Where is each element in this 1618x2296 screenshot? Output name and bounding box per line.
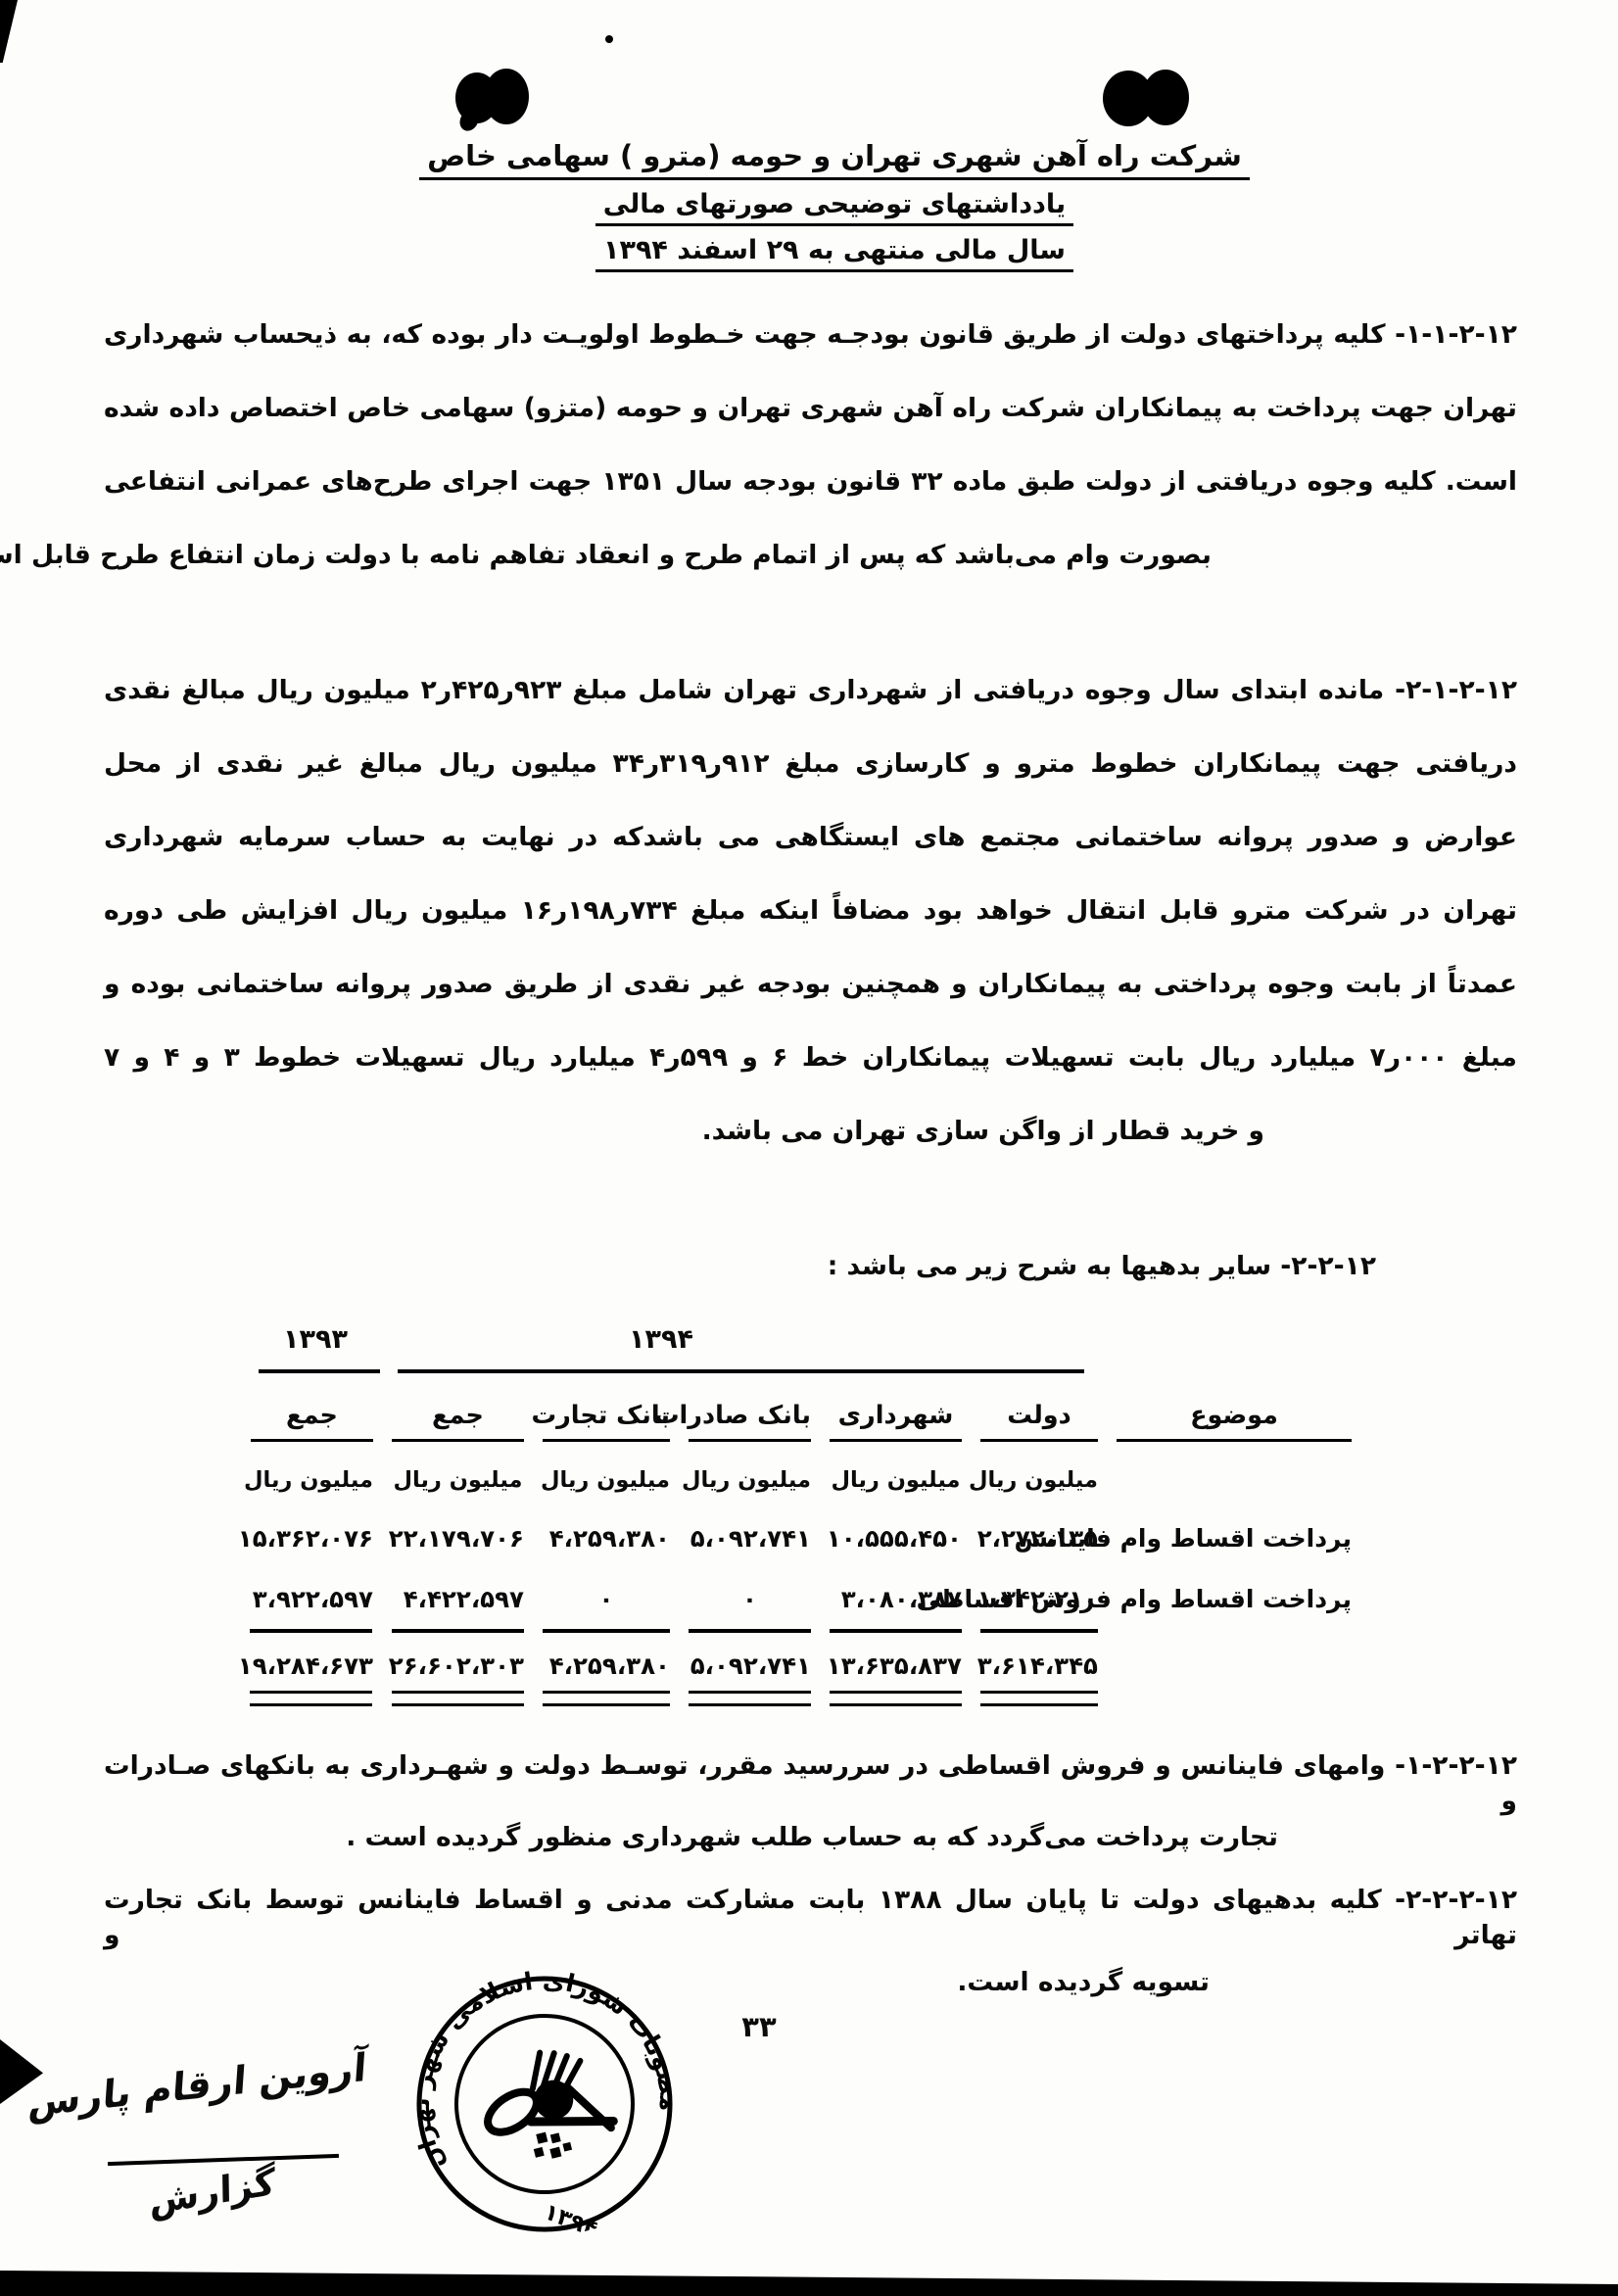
- cell-value: ۱۵،۳۶۲،۰۷۶: [251, 1524, 373, 1553]
- table-double-rule: [250, 1691, 372, 1706]
- total-value: ۴،۲۵۹،۳۸۰: [543, 1651, 670, 1680]
- signature-underline: [108, 2154, 339, 2166]
- document-header: شرکت راه آهن شهری تهران و حومه (مترو ) س…: [25, 139, 1618, 272]
- table-rule: [250, 1629, 372, 1633]
- note-paragraph-line: بصورت وام می‌باشد که پس از اتمام طرح و ا…: [0, 538, 1212, 573]
- scanned-financial-note-page: شرکت راه آهن شهری تهران و حومه (مترو ) س…: [0, 0, 1618, 2296]
- fiscal-period: سال مالی منتهی به ۲۹ اسفند ۱۳۹۴: [595, 235, 1073, 272]
- stamp-year: ۱۳۹۴: [541, 2199, 601, 2242]
- table-header-row: موضوع دولت شهرداری بانک صادرات بانک تجار…: [250, 1401, 1352, 1442]
- unit-label: میلیون ریال: [980, 1467, 1098, 1493]
- cell-value: ۱۰،۵۵۵،۴۵۰: [830, 1524, 962, 1553]
- note-paragraph-line: -۱-۱-۲-۱۲ کلیه پرداختهای دولت از طریق قا…: [104, 317, 1517, 353]
- unit-label: میلیون ریال: [392, 1467, 524, 1493]
- ink-blob: [1142, 70, 1189, 125]
- scan-dot-artifact: [605, 35, 613, 43]
- table-year-prior: ۱۳۹۳: [271, 1324, 359, 1355]
- table-rule: [392, 1629, 524, 1633]
- cell-value: ۴،۴۲۲،۵۹۷: [392, 1585, 524, 1613]
- note-paragraph-line: -۲-۲-۲-۱۲ کلیه بدهیهای دولت تا پایان سال…: [104, 1883, 1517, 1953]
- heading-text: سایر بدهیها به شرح زیر می باشد :: [828, 1251, 1271, 1281]
- table-rule: [398, 1369, 1084, 1373]
- row-label: پرداخت اقساط وام فاینانس: [1117, 1524, 1352, 1553]
- column-header-subject: موضوع: [1117, 1401, 1352, 1442]
- note-paragraph-line: است. کلیه وجوه دریافتی از دولت طبق ماده …: [104, 464, 1517, 500]
- unit-label: میلیون ریال: [830, 1467, 962, 1493]
- cell-value: ۰: [689, 1585, 811, 1613]
- paragraph-text: کلیه پرداختهای دولت از طریق قانون بودجـه…: [104, 319, 1385, 350]
- note-paragraph-line: -۱-۲-۲-۱۲ وامهای فاینانس و فروش اقساطی د…: [104, 1748, 1517, 1819]
- table-totals-row: ۳،۶۱۴،۳۴۵ ۱۳،۶۳۵،۸۳۷ ۵،۰۹۲،۷۴۱ ۴،۲۵۹،۳۸۰…: [250, 1651, 1352, 1680]
- note-paragraph-line: عمدتاً از بابت وجوه پرداختی به پیمانکارا…: [104, 967, 1517, 1002]
- unit-label: میلیون ریال: [543, 1467, 670, 1493]
- signature-caption: گزارش: [149, 2161, 275, 2224]
- total-value: ۵،۰۹۲،۷۴۱: [689, 1651, 811, 1680]
- column-header-bank-saderat: بانک صادرات: [689, 1401, 811, 1442]
- table-row: پرداخت اقساط وام فاینانس ۲،۲۷۲،۱۳۵ ۱۰،۵۵…: [250, 1524, 1352, 1553]
- note-paragraph-line: عوارض و صدور پروانه ساختمانی مجتمع های ا…: [104, 820, 1517, 855]
- table-rule: [543, 1629, 670, 1633]
- scan-bottom-bar: [0, 2265, 1618, 2296]
- company-name: شرکت راه آهن شهری تهران و حومه (مترو ) س…: [419, 139, 1250, 180]
- table-double-rule: [543, 1691, 670, 1706]
- cell-value: ۴،۲۵۹،۳۸۰: [543, 1524, 670, 1553]
- stamp-emblem-icon: [470, 2039, 619, 2173]
- section-number: -۱-۲-۲-۱۲: [1395, 1748, 1517, 1784]
- note-paragraph-line: تسویه گردیده است.: [957, 1965, 1210, 2000]
- total-value: ۱۳،۶۳۵،۸۳۷: [830, 1651, 962, 1680]
- section-number: -۲-۱-۲-۱۲: [1395, 673, 1517, 708]
- paragraph-text: مانده ابتدای سال وجوه دریافتی از شهرداری…: [104, 675, 1384, 705]
- table-rule: [980, 1629, 1098, 1633]
- cell-value: ۲،۲۷۲،۱۳۵: [980, 1524, 1098, 1553]
- note-paragraph-line: تجارت پرداخت می‌گردد که به حساب طلب شهرد…: [346, 1820, 1278, 1855]
- column-header-total-prior: جمع: [251, 1401, 373, 1442]
- table-rule: [689, 1629, 811, 1633]
- column-header-bank-tejarat: بانک تجارت: [543, 1401, 670, 1442]
- cell-value: ۲۲،۱۷۹،۷۰۶: [392, 1524, 524, 1553]
- total-value: ۲۶،۶۰۲،۳۰۳: [392, 1651, 524, 1680]
- auditor-signature: آروین ارقام پارس: [82, 2046, 368, 2121]
- note-heading: -۲-۲-۱۲ سایر بدهیها به شرح زیر می باشد :: [828, 1249, 1376, 1284]
- section-number: -۲-۲-۲-۱۲: [1395, 1883, 1517, 1918]
- section-number: -۲-۲-۱۲: [1280, 1249, 1376, 1284]
- table-unit-row: میلیون ریال میلیون ریال میلیون ریال میلی…: [250, 1467, 1352, 1493]
- unit-label: میلیون ریال: [689, 1467, 811, 1493]
- note-paragraph-line: دریافتی جهت پیمانکاران خطوط مترو و کارسا…: [104, 746, 1517, 782]
- scan-corner-mark: [0, 0, 18, 63]
- cell-value: ۵،۰۹۲،۷۴۱: [689, 1524, 811, 1553]
- column-header-total-current: جمع: [392, 1401, 524, 1442]
- table-row: پرداخت اقساط وام فروش اقساطی ۱،۳۴۲،۲۱۰ ۳…: [250, 1585, 1352, 1613]
- ink-blob: [484, 69, 529, 124]
- note-paragraph-line: مبلغ ۰۰۰ر۷ میلیارد ریال بابت تسهیلات پیم…: [104, 1040, 1517, 1076]
- document-title: یادداشتهای توضیحی صورتهای مالی: [595, 189, 1073, 226]
- table-rule: [259, 1369, 380, 1373]
- table-rule: [830, 1629, 962, 1633]
- table-double-rule: [392, 1691, 524, 1706]
- table-year-current: ۱۳۹۴: [617, 1324, 705, 1355]
- table-double-rule: [830, 1691, 962, 1706]
- note-paragraph-line: و خرید قطار از واگن سازی تهران می باشد.: [702, 1114, 1264, 1149]
- paragraph-text: کلیه بدهیهای دولت تا پایان سال ۱۳۸۸ بابت…: [104, 1885, 1517, 1950]
- unit-label: میلیون ریال: [251, 1467, 373, 1493]
- cell-value: ۳،۹۲۲،۵۹۷: [251, 1585, 373, 1613]
- cell-value: ۳،۰۸۰،۳۸۷: [830, 1585, 962, 1613]
- column-header-municipality: شهرداری: [830, 1401, 962, 1442]
- total-value: ۱۹،۲۸۴،۶۷۳: [251, 1651, 373, 1680]
- row-label: پرداخت اقساط وام فروش اقساطی: [1117, 1585, 1352, 1613]
- cell-value: ۱،۳۴۲،۲۱۰: [980, 1585, 1098, 1613]
- note-paragraph-line: تهران جهت پرداخت به پیمانکاران شرکت راه …: [104, 391, 1517, 426]
- council-stamp: مصوبات شورای اسلامی شهر تهران ۱۳۹۴: [383, 1942, 706, 2266]
- column-header-government: دولت: [980, 1401, 1098, 1442]
- page-number: ۳۳: [720, 2010, 798, 2043]
- note-paragraph-line: تهران در شرکت مترو قابل انتقال خواهد بود…: [104, 893, 1517, 929]
- total-value: ۳،۶۱۴،۳۴۵: [980, 1651, 1098, 1680]
- table-double-rule: [689, 1691, 811, 1706]
- section-number: -۱-۱-۲-۱۲: [1395, 317, 1517, 353]
- note-paragraph-line: -۲-۱-۲-۱۲ مانده ابتدای سال وجوه دریافتی …: [104, 673, 1517, 708]
- paragraph-text: وامهای فاینانس و فروش اقساطی در سررسید م…: [104, 1750, 1517, 1816]
- table-double-rule: [980, 1691, 1098, 1706]
- cell-value: ۰: [543, 1585, 670, 1613]
